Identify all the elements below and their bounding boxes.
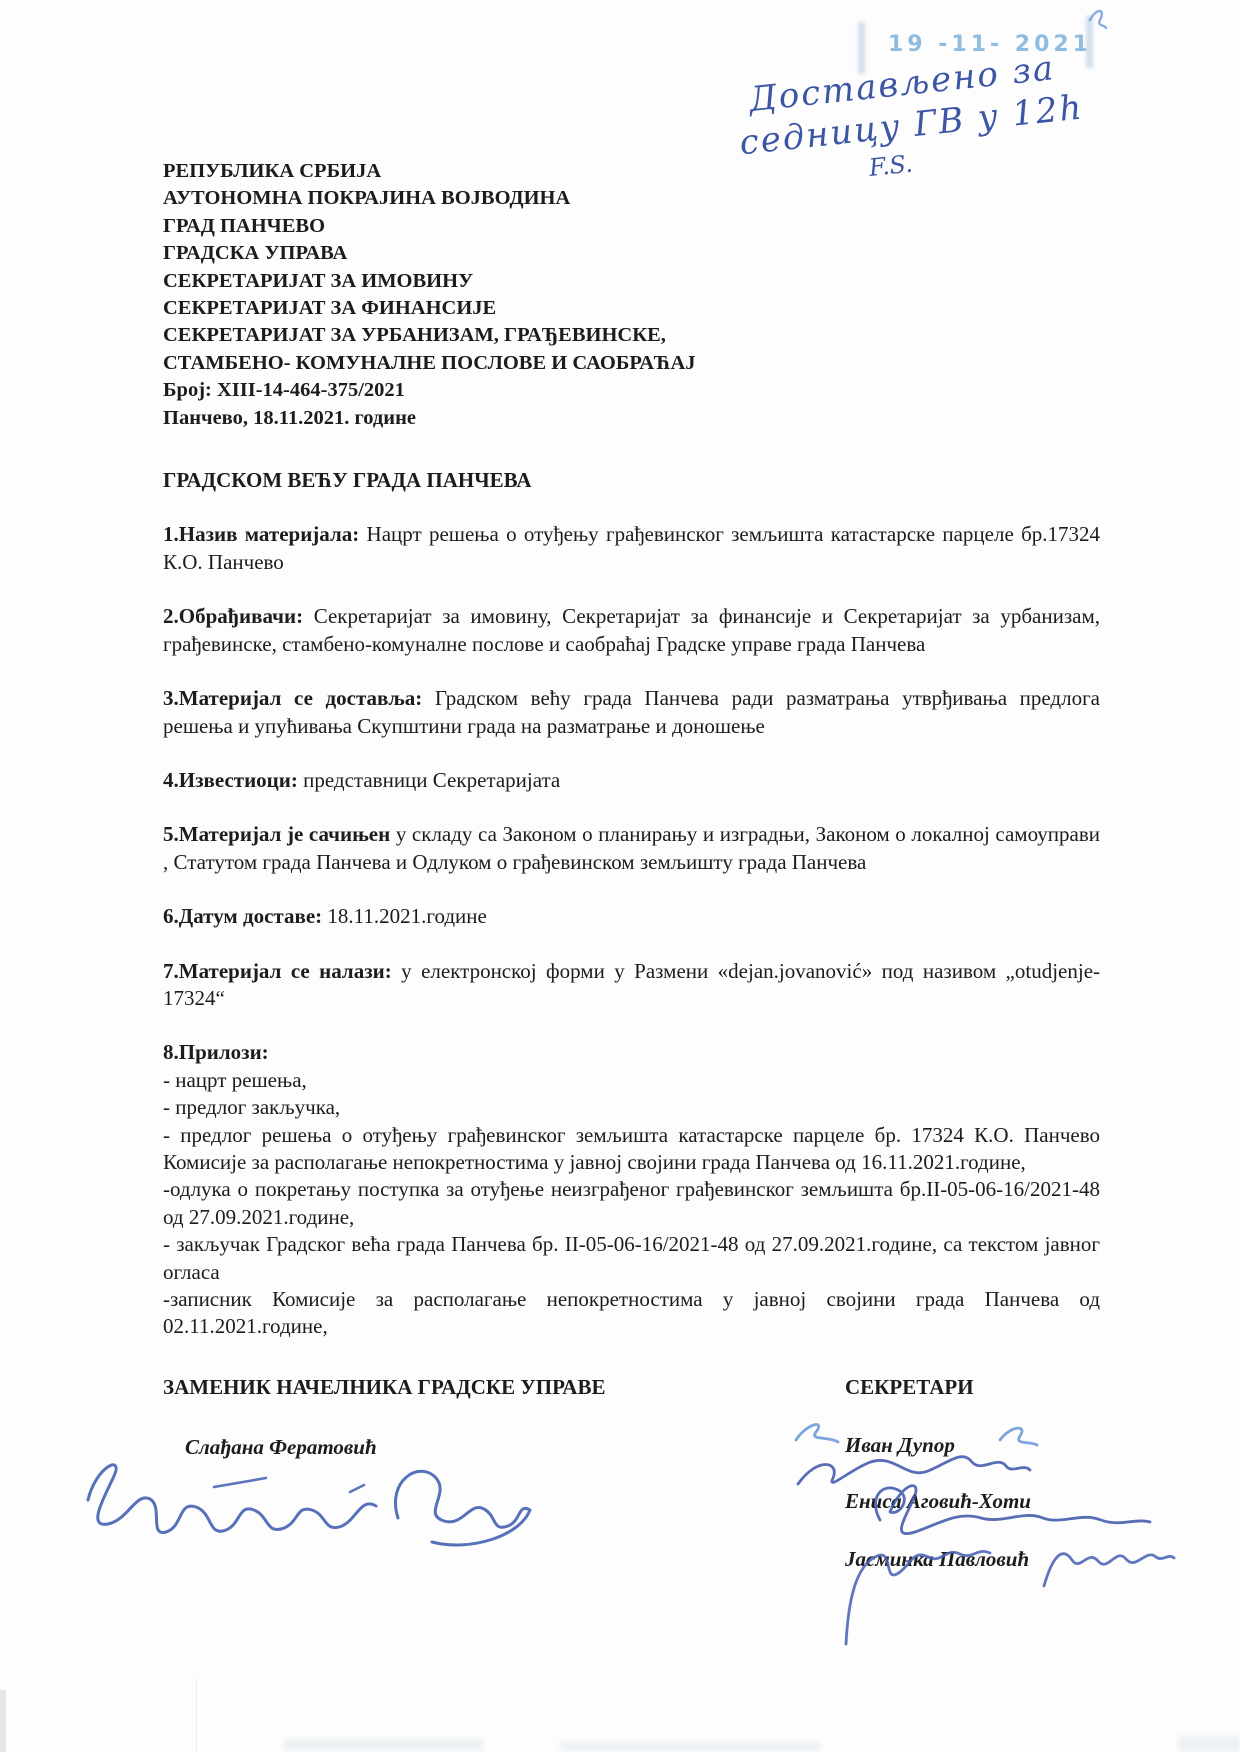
attachment-item: -одлука о покретању поступка за отуђење …: [163, 1176, 1100, 1231]
feratovic-signature-ink: [88, 1465, 376, 1533]
letterhead-line: СТАМБЕНО- КОМУНАЛНЕ ПОСЛОВЕ И САОБРАЋАЈ: [163, 350, 1100, 377]
item-7: 7.Материјал се налази: у електронској фо…: [163, 958, 1100, 1013]
item-2-label: 2.Обрађивачи:: [163, 604, 303, 628]
feratovic-signature-ink: [214, 1478, 364, 1492]
item-4-text: представници Секретаријата: [303, 768, 560, 792]
feratovic-signature-ink: [395, 1471, 530, 1545]
scan-line-artifact: [196, 1678, 197, 1752]
letterhead-line: РЕПУБЛИКА СРБИЈА: [163, 158, 1100, 185]
item-3: 3.Материјал се доставља: Градском већу г…: [163, 685, 1100, 740]
attachment-item: - предлог закључка,: [163, 1094, 1100, 1121]
scan-edge-artifact: [0, 1690, 6, 1752]
attachment-item: -записник Комисије за располагање непокр…: [163, 1286, 1100, 1341]
deputy-title: ЗАМЕНИК НАЧЕЛНИКА ГРАДСКЕ УПРАВЕ: [163, 1375, 605, 1400]
letterhead-line: ГРАД ПАНЧЕВО: [163, 213, 1100, 240]
dupor-signature-ink: [1000, 1428, 1037, 1445]
pavlovic-signature-ink: [1044, 1554, 1174, 1586]
scan-artifact: [560, 1741, 820, 1751]
deputy-name: Слађана Фератовић: [185, 1435, 377, 1460]
item-1-label: 1.Назив материјала:: [163, 522, 359, 546]
secretaries-title: СЕКРЕТАРИ: [845, 1375, 974, 1400]
scan-artifact: [1178, 1736, 1240, 1752]
letterhead: РЕПУБЛИКА СРБИЈА АУТОНОМНА ПОКРАЈИНА ВОЈ…: [163, 158, 1100, 432]
item-6-label: 6.Датум доставе:: [163, 904, 322, 928]
letterhead-line: СЕКРЕТАРИЈАТ ЗА ФИНАНСИЈЕ: [163, 295, 1100, 322]
scan-artifact: [283, 1739, 483, 1751]
item-5: 5.Материјал је сачињен у складу са Закон…: [163, 821, 1100, 876]
item-4: 4.Известиоци: представници Секретаријата: [163, 767, 1100, 794]
attachment-item: - закључак Градског већа града Панчева б…: [163, 1231, 1100, 1286]
item-2: 2.Обрађивачи: Секретаријат за имовину, С…: [163, 603, 1100, 658]
letterhead-line: АУТОНОМНА ПОКРАЈИНА ВОЈВОДИНА: [163, 185, 1100, 212]
dupor-signature-ink: [796, 1425, 838, 1442]
recipient-title: ГРАДСКОМ ВЕЋУ ГРАДА ПАНЧЕВА: [163, 467, 1100, 494]
attachment-item: - предлог решења о отуђењу грађевинског …: [163, 1122, 1100, 1177]
item-6-text: 18.11.2021.године: [327, 904, 486, 928]
item-3-label: 3.Материјал се доставља:: [163, 686, 422, 710]
letterhead-line: СЕКРЕТАРИЈАТ ЗА ИМОВИНУ: [163, 268, 1100, 295]
secretary-name-1: Иван Дупор: [845, 1433, 955, 1458]
place-date: Панчево, 18.11.2021. године: [163, 405, 1100, 432]
scanned-document-page: 19 -11- 2021 Достављено за седницу ГВ у …: [0, 0, 1240, 1752]
item-7-label: 7.Материјал се налази:: [163, 959, 392, 983]
attachments-label: 8.Прилози:: [163, 1040, 269, 1064]
doc-number: Број: XIII-14-464-375/2021: [163, 377, 1100, 404]
document-body: РЕПУБЛИКА СРБИЈА АУТОНОМНА ПОКРАЈИНА ВОЈ…: [163, 158, 1100, 1341]
item-2-text: Секретаријат за имовину, Секретаријат за…: [163, 604, 1100, 655]
secretary-name-3: Јасминка Павловић: [845, 1547, 1029, 1572]
item-4-label: 4.Известиоци:: [163, 768, 298, 792]
letterhead-line: СЕКРЕТАРИЈАТ ЗА УРБАНИЗАМ, ГРАЂЕВИНСКЕ,: [163, 322, 1100, 349]
dupor-signature-ink: [798, 1457, 1030, 1484]
secretary-name-2: Ениса Аговић-Хоти: [845, 1489, 1031, 1514]
item-1: 1.Назив материјала: Нацрт решења о отуђе…: [163, 521, 1100, 576]
item-5-label: 5.Материјал је сачињен: [163, 822, 390, 846]
stamp-edge-mark: [858, 22, 865, 74]
letterhead-line: ГРАДСКА УПРАВА: [163, 240, 1100, 267]
item-6: 6.Датум доставе: 18.11.2021.године: [163, 903, 1100, 930]
attachment-item: - нацрт решења,: [163, 1067, 1100, 1094]
attachments-heading: 8.Прилози:: [163, 1039, 1100, 1066]
